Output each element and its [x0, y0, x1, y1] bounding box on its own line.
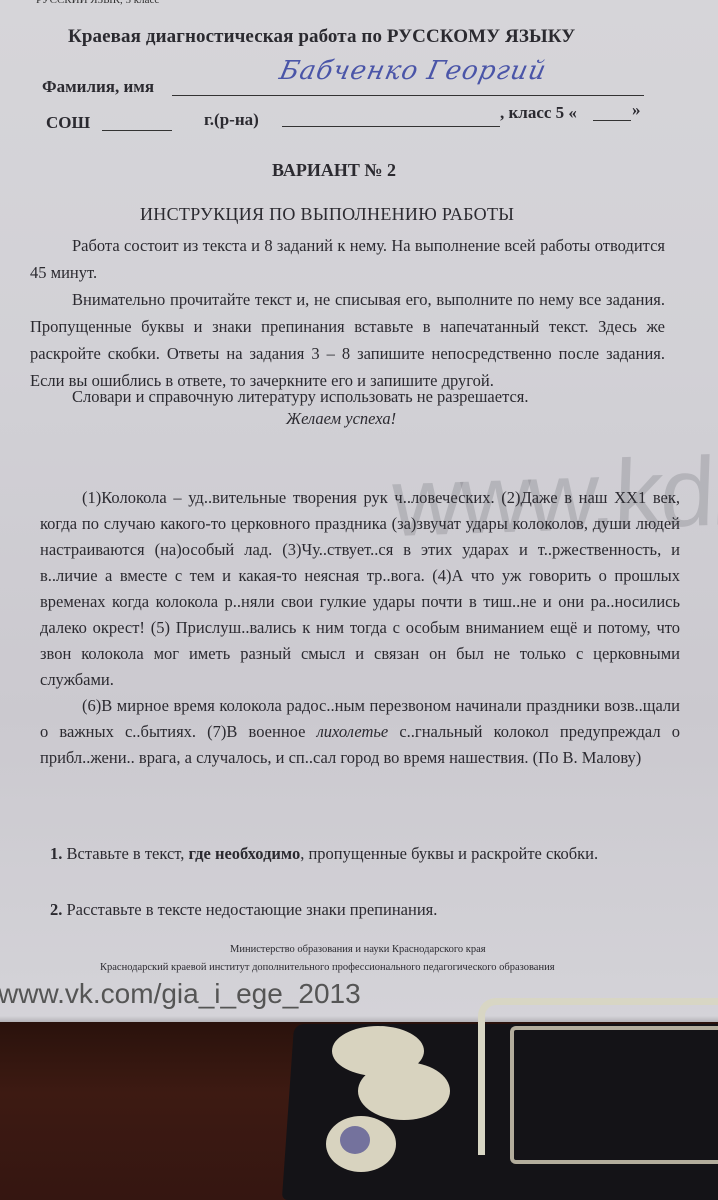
instructions-paragraph-2: Внимательно прочитайте текст и, не списы… — [30, 286, 665, 394]
variant-heading: ВАРИАНТ № 2 — [272, 160, 396, 181]
city-label: г.(р-на) — [204, 110, 259, 130]
footer-ministry: Министерство образования и науки Краснод… — [230, 944, 486, 955]
class-line[interactable] — [593, 120, 631, 121]
school-line[interactable] — [102, 130, 172, 131]
name-label: Фамилия, имя — [42, 77, 154, 97]
instructions-title: ИНСТРУКЦИЯ ПО ВЫПОЛНЕНИЮ РАБОТЫ — [140, 204, 514, 225]
task-2-number: 2. — [50, 900, 62, 919]
ink-scribble — [340, 1126, 370, 1154]
class-close-quote: » — [632, 100, 641, 120]
instructions-paragraph-3: Словари и справочную литературу использо… — [30, 383, 665, 410]
instructions-paragraph-1: Работа состоит из текста и 8 заданий к н… — [30, 232, 665, 286]
text-paragraph-1-content: (1)Колокола – уд..вительные творения рук… — [40, 488, 680, 689]
instructions-p1-text: Работа состоит из текста и 8 заданий к н… — [30, 236, 665, 282]
task-1-bold: где необходимо — [189, 844, 301, 863]
name-line — [172, 95, 644, 96]
task-2-text: Расставьте в тексте недостающие знаки пр… — [67, 900, 438, 919]
task-1-text-after: , пропущенные буквы и раскройте скобки. — [300, 844, 598, 863]
class-label: , класс 5 « — [500, 103, 577, 123]
exam-text: (1)Колокола – уд..вительные творения рук… — [40, 485, 680, 771]
painted-outline — [510, 1026, 718, 1164]
document-title: Краевая диагностическая работа по РУССКО… — [68, 26, 575, 48]
source-watermark: www.vk.com/gia_i_ege_2013 — [0, 978, 361, 1010]
task-2: 2. Расставьте в тексте недостающие знаки… — [50, 896, 690, 924]
task-1-number: 1. — [50, 844, 62, 863]
footer-institute: Краснодарский краевой институт дополните… — [100, 962, 555, 973]
task-1: 1. Вставьте в текст, где необходимо, про… — [50, 840, 690, 868]
paint-spot-2 — [358, 1062, 450, 1120]
school-label: СОШ — [46, 113, 90, 133]
text-paragraph-2: (6)В мирное время колокола радос..ным пе… — [40, 693, 680, 771]
good-luck-wish: Желаем успеха! — [286, 409, 396, 429]
running-header: РУССКИЙ ЯЗЫК, 5 класс — [36, 0, 159, 6]
task-1-text-before: Вставьте в текст, — [67, 844, 189, 863]
city-line[interactable] — [282, 126, 500, 127]
name-handwritten-value[interactable]: Бабченко Георгий — [277, 56, 550, 86]
text-paragraph-2-italic: лихолетье — [317, 722, 389, 741]
exam-sheet: РУССКИЙ ЯЗЫК, 5 класс Краевая диагностич… — [0, 0, 718, 1022]
instructions-p2-text: Внимательно прочитайте текст и, не списы… — [30, 290, 665, 390]
instructions-p3-text: Словари и справочную литературу использо… — [72, 387, 529, 406]
text-paragraph-1: (1)Колокола – уд..вительные творения рук… — [40, 485, 680, 693]
